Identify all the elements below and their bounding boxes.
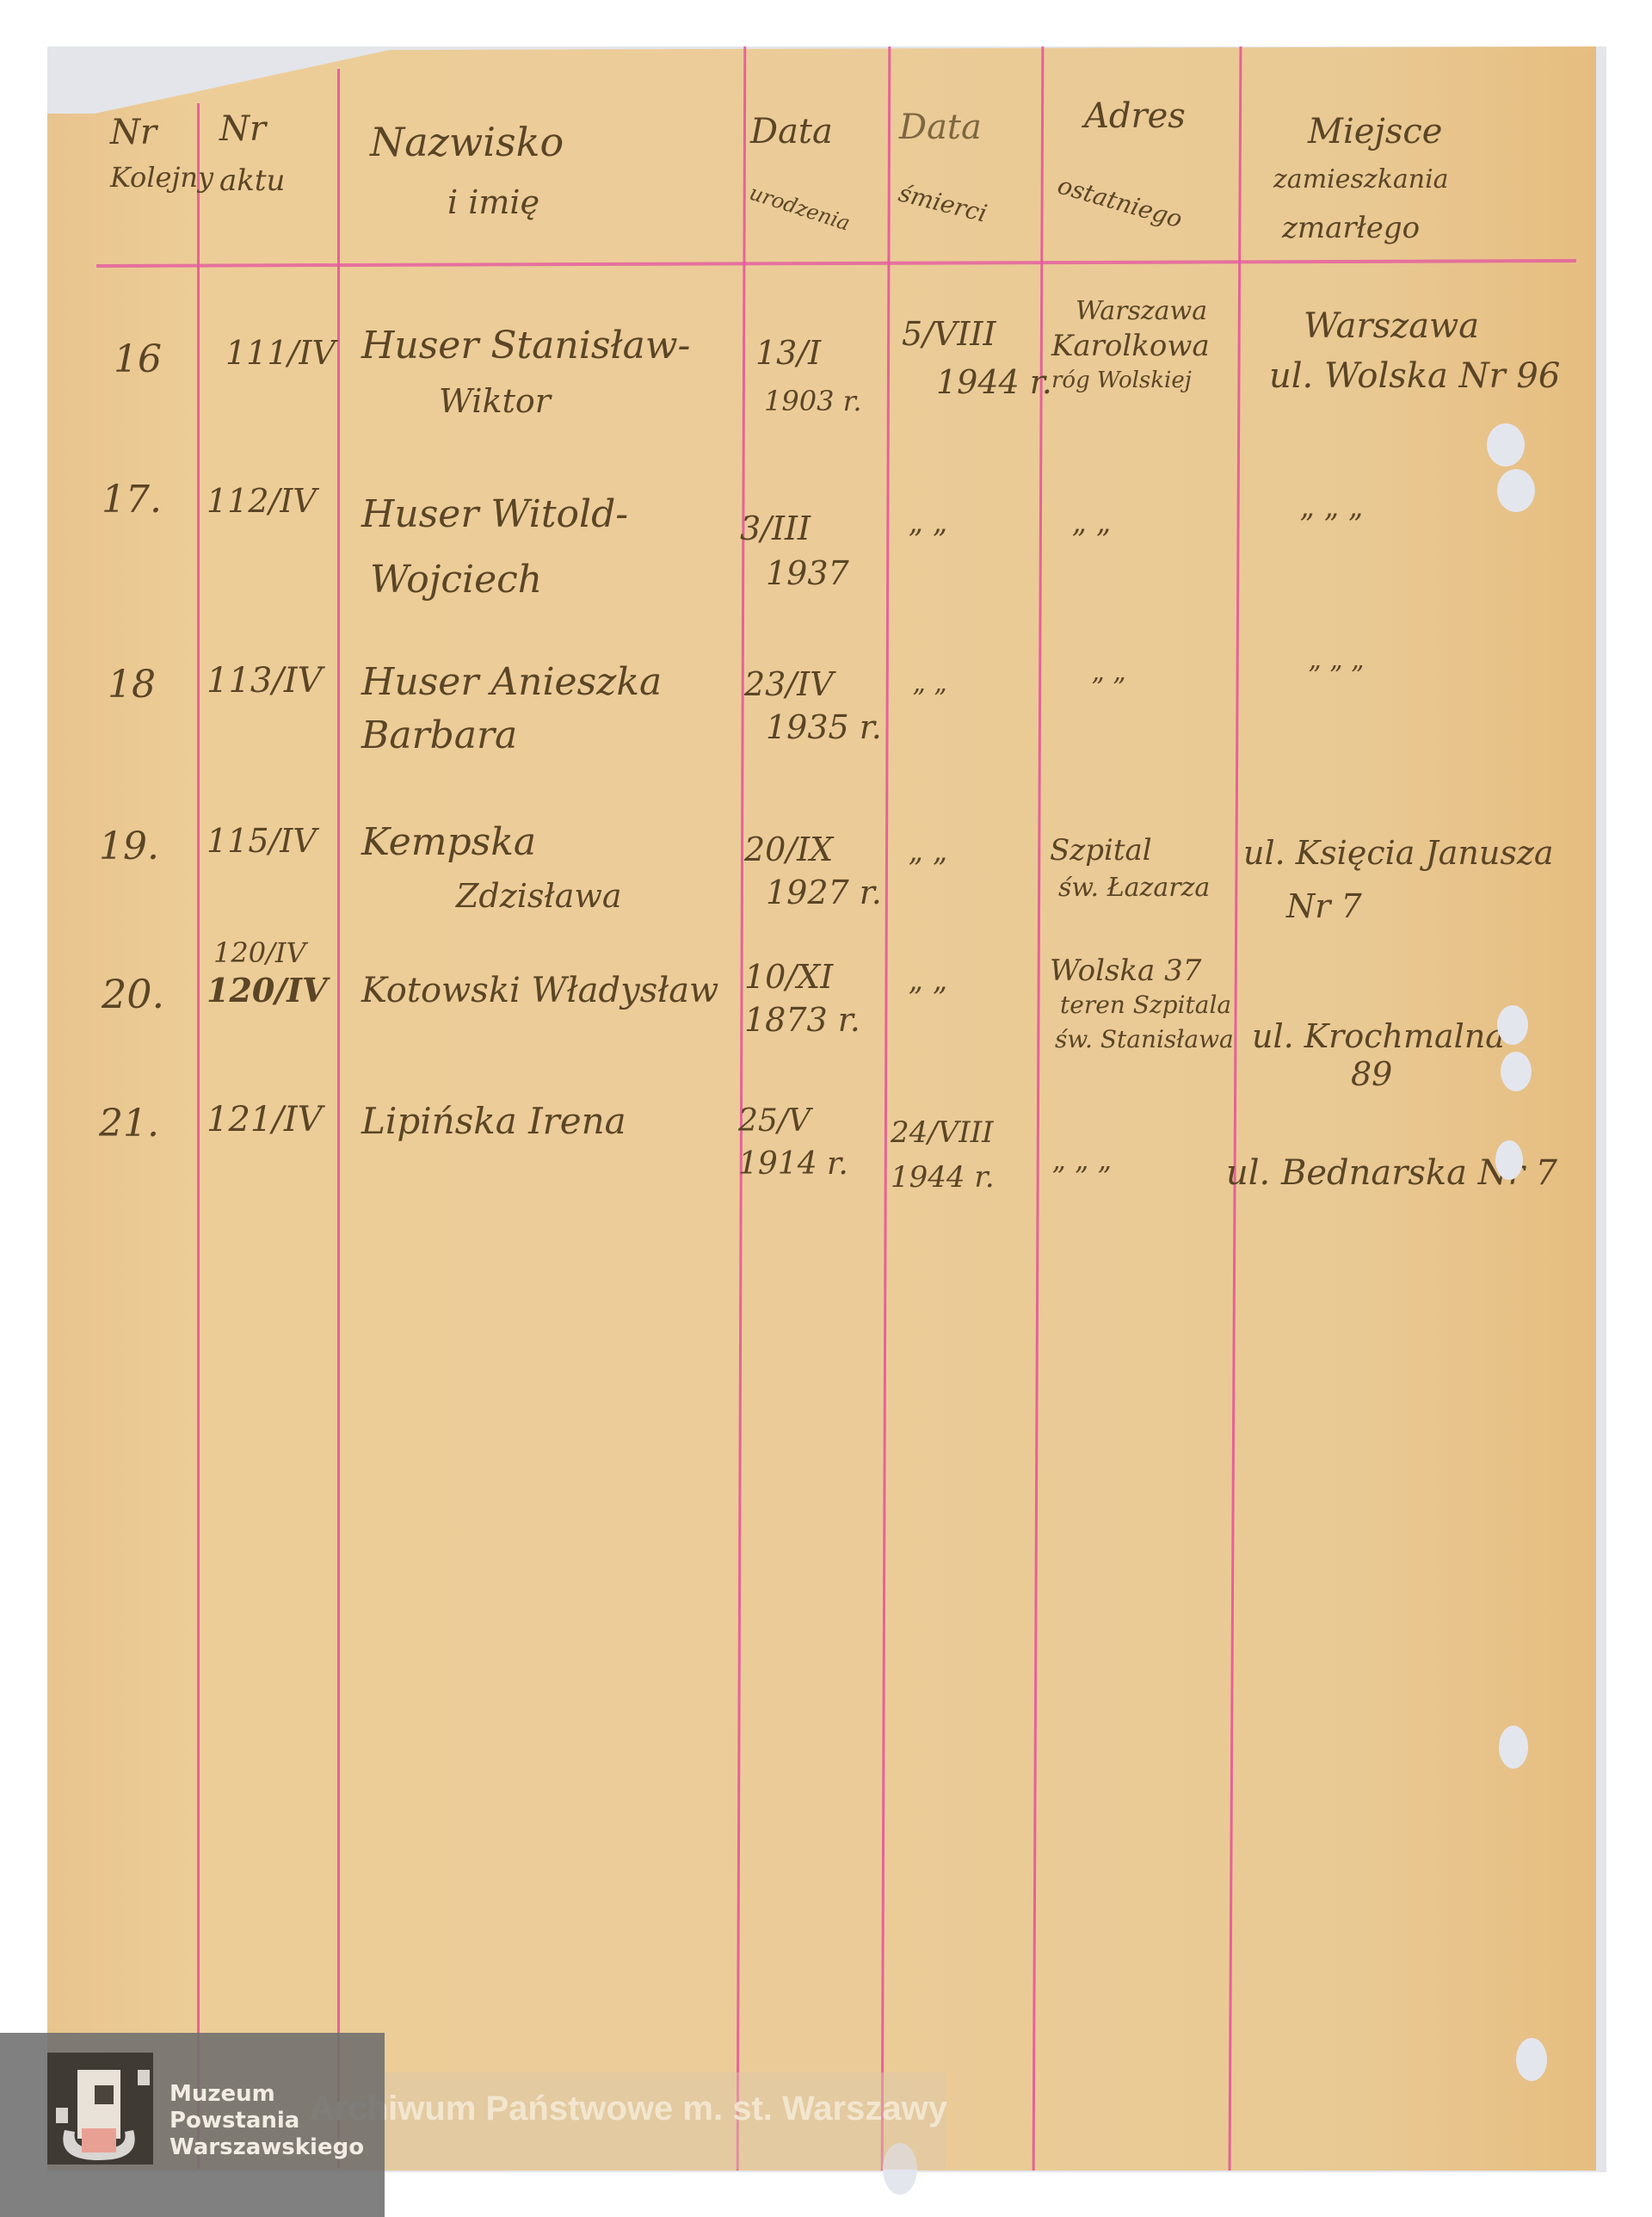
row-21-name: Lipińska Irena xyxy=(361,1100,626,1142)
archive-watermark-text: Archiwum Państwowe m. st. Warszawy xyxy=(310,2090,947,2128)
row-17-nr: 17. xyxy=(102,478,162,522)
address-line: Karolkowa xyxy=(1051,329,1210,363)
punch-hole xyxy=(1497,1005,1528,1045)
row-18-born: 23/IV 1935 r. xyxy=(744,663,882,749)
date-line: 1944 r. xyxy=(902,358,1052,406)
place-line: Nr 7 xyxy=(1243,880,1554,933)
header-nazwisko: Nazwisko i imię xyxy=(370,112,564,232)
place-line: ul. Wolska Nr 96 xyxy=(1269,351,1560,401)
header-line: Data xyxy=(750,102,854,162)
row-20-address: Wolska 37 teren Szpitala św. Stanisława xyxy=(1050,954,1234,1057)
row-18-akt: 113/IV xyxy=(206,661,323,701)
row-18-name: Huser Anieszka Barbara xyxy=(361,656,662,763)
row-21-akt: 121/IV xyxy=(206,1100,323,1139)
address-line: św. Stanisława xyxy=(1050,1022,1234,1057)
name-line: Barbara xyxy=(361,709,662,763)
name-line: Kempska xyxy=(361,816,622,869)
header-line: zmarłego xyxy=(1273,204,1449,252)
address-line: Warszawa xyxy=(1051,294,1210,329)
address-line: Szpital xyxy=(1050,831,1210,869)
date-line: 1903 r. xyxy=(755,377,862,425)
row-20-name: Kotowski Władysław xyxy=(361,971,718,1010)
row-20-born: 10/XI 1873 r. xyxy=(744,955,860,1041)
place-line: 89 xyxy=(1252,1055,1505,1093)
date-line: 1873 r. xyxy=(744,998,860,1041)
name-line: Zdzisława xyxy=(361,869,622,923)
row-21-died: 24/VIII 1944 r. xyxy=(891,1110,995,1200)
row-17-address: ” ” xyxy=(1071,523,1111,558)
date-line: 1937 xyxy=(740,551,849,596)
header-line: aktu xyxy=(219,155,285,207)
punch-hole xyxy=(1497,469,1535,512)
row-20-place: ul. Krochmalna 89 xyxy=(1252,1017,1505,1093)
row-20-nr: 20. xyxy=(102,971,164,1017)
punch-hole xyxy=(1499,1726,1528,1769)
header-adres: Adres ostatniego xyxy=(1058,82,1187,219)
header-line: Kolejny xyxy=(110,155,213,200)
date-line: 1914 r. xyxy=(738,1143,848,1186)
row-16-place: Warszawa ul. Wolska Nr 96 xyxy=(1269,301,1560,401)
date-line: 1944 r. xyxy=(891,1155,995,1200)
header-line: Miejsce xyxy=(1273,108,1449,156)
header-data-urodzenia: Data urodzenia xyxy=(750,102,854,222)
date-line: 13/I xyxy=(755,329,862,377)
kotwica-anchor-icon xyxy=(47,2053,153,2165)
header-miejsce: Miejsce zamieszkania zmarłego xyxy=(1273,108,1449,252)
date-line: 1935 r. xyxy=(744,706,882,749)
place-line: ul. Krochmalna xyxy=(1252,1017,1505,1055)
column-rule xyxy=(337,69,340,2169)
row-19-born: 20/IX 1927 r. xyxy=(744,828,882,914)
header-data-smierci: Data śmierci xyxy=(899,95,989,225)
date-line: 5/VIII xyxy=(902,310,1052,358)
row-16-address: Warszawa Karolkowa róg Wolskiej xyxy=(1051,294,1210,398)
row-17-place: ” ” ” xyxy=(1299,508,1363,542)
row-16-died: 5/VIII 1944 r. xyxy=(902,310,1052,406)
address-line: róg Wolskiej xyxy=(1051,363,1210,398)
row-16-nr: 16 xyxy=(114,337,162,381)
row-21-address: ” ” ” xyxy=(1051,1160,1111,1193)
date-line: 10/XI xyxy=(744,955,860,998)
name-line: Wiktor xyxy=(361,374,690,429)
date-line: 25/V xyxy=(738,1100,848,1143)
header-line: Nr xyxy=(110,110,213,155)
date-line: 20/IX xyxy=(744,828,882,871)
row-19-place: ul. Księcia Janusza Nr 7 xyxy=(1243,826,1554,933)
row-19-name: Kempska Zdzisława xyxy=(361,816,622,923)
row-17-born: 3/III 1937 xyxy=(740,506,849,596)
row-19-address: Szpital św. Łazarza xyxy=(1050,831,1210,907)
logo-line: Muzeum xyxy=(170,2081,364,2108)
address-line: Wolska 37 xyxy=(1050,954,1234,988)
punch-hole xyxy=(1495,1140,1523,1180)
name-line: Huser Anieszka xyxy=(361,656,662,709)
row-17-akt: 112/IV xyxy=(206,482,317,520)
museum-logo-text: Muzeum Powstania Warszawskiego xyxy=(170,2081,364,2161)
row-18-address: ” ” xyxy=(1091,673,1125,703)
date-line: 3/III xyxy=(740,506,849,551)
row-20-died: ” ” xyxy=(908,981,947,1016)
row-21-born: 25/V 1914 r. xyxy=(738,1100,848,1186)
row-17-died: ” ” xyxy=(908,523,947,558)
header-line: Data xyxy=(899,95,989,160)
date-line: 23/IV xyxy=(744,663,882,706)
header-nr-kolejny: Nr Kolejny xyxy=(110,110,213,200)
header-nr-aktu: Nr aktu xyxy=(219,103,285,207)
logo-line: Powstania xyxy=(170,2108,364,2134)
punch-hole xyxy=(1516,2038,1547,2081)
row-17-name: Huser Witold- Wojciech xyxy=(361,482,628,613)
punch-hole xyxy=(1501,1052,1532,1091)
row-18-nr: 18 xyxy=(108,663,156,707)
row-20-akt-correction: 120/IV xyxy=(213,936,306,969)
place-line: ul. Księcia Janusza xyxy=(1243,826,1554,880)
header-line: Nr xyxy=(219,103,285,155)
header-line: i imię xyxy=(370,172,564,232)
row-21-nr: 21. xyxy=(99,1102,159,1146)
punch-hole xyxy=(1487,423,1525,466)
row-18-died: ” ” xyxy=(912,684,946,714)
row-18-place: ” ” ” xyxy=(1308,661,1364,691)
row-16-akt: 111/IV xyxy=(225,334,336,372)
date-line: 1927 r. xyxy=(744,871,882,914)
logo-line: Warszawskiego xyxy=(170,2134,364,2161)
row-19-nr: 19. xyxy=(99,824,159,868)
row-16-name: Huser Stanisław- Wiktor xyxy=(361,318,690,429)
name-line: Wojciech xyxy=(361,547,628,613)
address-line: teren Szpitala xyxy=(1050,988,1234,1022)
address-line: św. Łazarza xyxy=(1050,869,1210,907)
row-16-born: 13/I 1903 r. xyxy=(755,329,862,425)
row-19-akt: 115/IV xyxy=(206,822,317,860)
place-line: Warszawa xyxy=(1269,301,1560,351)
header-line: Adres xyxy=(1058,82,1187,151)
column-rule xyxy=(197,103,200,2169)
header-line: zamieszkania xyxy=(1273,156,1449,204)
row-19-died: ” ” xyxy=(908,852,947,886)
date-line: 24/VIII xyxy=(891,1110,995,1155)
header-line: Nazwisko xyxy=(370,112,564,172)
name-line: Huser Stanisław- xyxy=(361,318,690,374)
name-line: Huser Witold- xyxy=(361,482,628,547)
row-20-akt: 120/IV xyxy=(206,971,327,1010)
